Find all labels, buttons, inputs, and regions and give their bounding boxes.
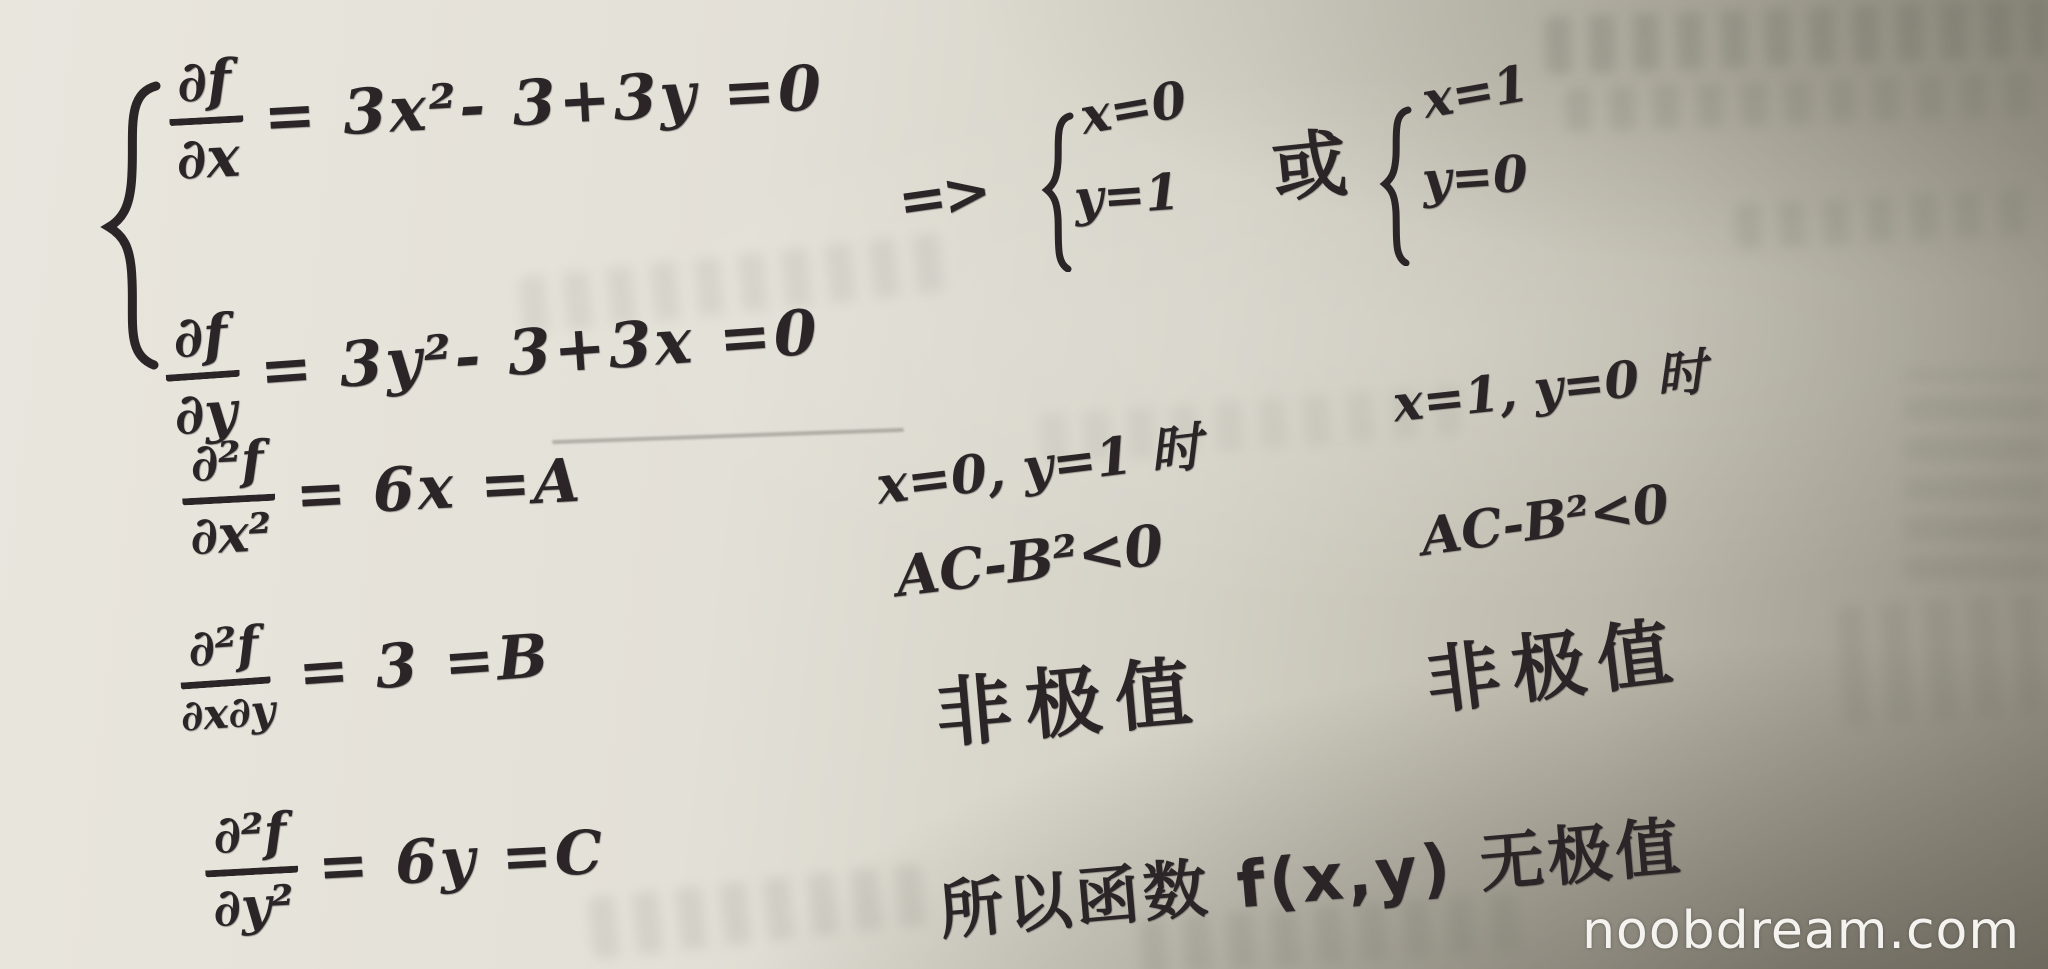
watermark-text: noobdream.com xyxy=(1582,901,2020,961)
equation-rhs: = 6y =C xyxy=(316,817,607,902)
case-y-value: y=0 xyxy=(1420,143,1530,209)
fraction-numerator: ∂²f xyxy=(179,434,275,506)
fraction-denominator: ∂x² xyxy=(183,501,279,564)
bleedthrough-smudge xyxy=(1544,0,2046,75)
bleedthrough-smudge xyxy=(1564,72,2035,132)
equation-rhs: = 3x²- 3+3y =0 xyxy=(262,51,826,153)
bleedthrough-smudge xyxy=(588,862,933,959)
bleedthrough-smudge xyxy=(1836,593,2044,727)
equation-rhs: = 6x =A xyxy=(294,445,585,530)
fraction-d2fdxdy: ∂²f ∂x∂y xyxy=(169,618,283,738)
case2-when-label: x=1, y=0 时 xyxy=(1389,332,1709,436)
implies-arrow: => xyxy=(894,156,992,236)
case2-conclusion: 非极值 xyxy=(1420,593,1689,730)
case-x-value: x=0 xyxy=(1076,69,1191,146)
case-x-value: x=1 xyxy=(1418,53,1533,130)
fraction-denominator: ∂x xyxy=(169,122,247,188)
case1-condition: AC-B²<0 xyxy=(892,512,1167,610)
fraction-denominator: ∂x∂y xyxy=(173,683,282,738)
solution-case-2: x=1 y=0 xyxy=(1378,62,1529,206)
bleedthrough-smudge xyxy=(1905,370,2045,580)
case2-condition: AC-B²<0 xyxy=(1417,473,1673,568)
equation-d2fdx2: ∂²f ∂x² = 6x =A xyxy=(179,418,586,564)
solution-case-1: x=0 y=1 xyxy=(1040,78,1187,224)
fraction-d2fdx2: ∂²f ∂x² xyxy=(179,434,279,564)
fraction-dfdy: ∂f ∂y xyxy=(161,306,245,444)
case-y-value: y=1 xyxy=(1072,161,1188,228)
equation-dfdx: ∂f ∂x = 3x²- 3+3y =0 xyxy=(165,21,827,188)
equation-d2fdy2: ∂²f ∂y² = 6y =C xyxy=(202,790,609,936)
fraction-d2fdy2: ∂²f ∂y² xyxy=(202,806,301,936)
fraction-numerator: ∂²f xyxy=(202,806,298,878)
fraction-numerator: ∂²f xyxy=(177,619,271,690)
system-brace xyxy=(96,80,166,370)
fraction-denominator: ∂y² xyxy=(206,873,302,936)
or-word: 或 xyxy=(1267,104,1352,217)
case-brace xyxy=(1040,112,1076,272)
equation-dfdy: ∂f ∂y = 3y²- 3+3x =0 xyxy=(161,265,824,443)
case-brace xyxy=(1378,106,1414,266)
fraction-numerator: ∂f xyxy=(166,51,244,126)
equation-rhs: = 3y²- 3+3x =0 xyxy=(257,295,822,407)
equation-rhs: = 3 =B xyxy=(296,620,553,707)
equation-d2fdxdy: ∂²f ∂x∂y = 3 =B xyxy=(169,599,555,738)
fraction-dfdx: ∂f ∂x xyxy=(165,51,247,188)
fraction-numerator: ∂f xyxy=(161,306,240,382)
faint-pencil-line xyxy=(552,428,904,444)
bleedthrough-smudge xyxy=(1734,188,2036,250)
notebook-page-photo: ∂f ∂x = 3x²- 3+3y =0 ∂f ∂y = 3y²- 3+3x =… xyxy=(0,0,2048,969)
case1-conclusion: 非极值 xyxy=(931,630,1209,762)
